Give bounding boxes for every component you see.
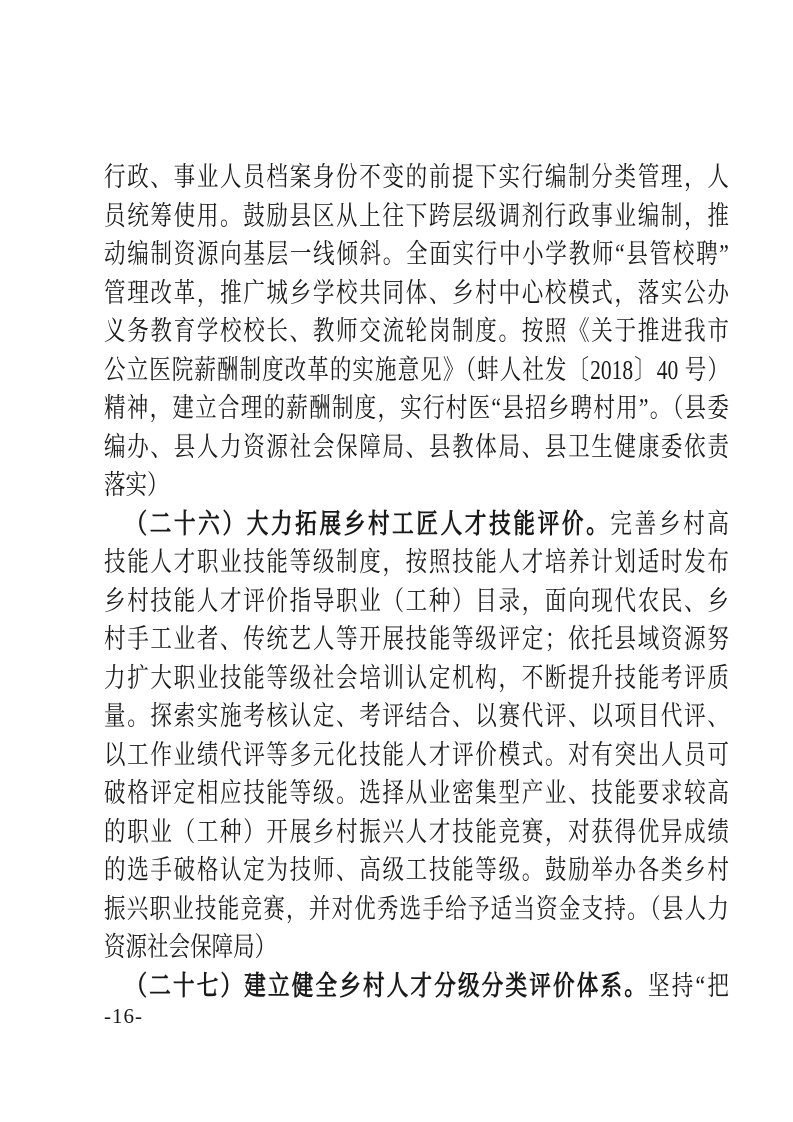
text-line: 的选手破格认定为技师、高级工技能等级。鼓励举办各类乡村 bbox=[104, 851, 729, 890]
text-line: （二十六）大力拓展乡村工匠人才技能评价。完善乡村高 bbox=[104, 505, 729, 544]
section-heading: （二十七）建立健全乡村人才分级分类评价体系。 bbox=[126, 971, 649, 1001]
document-page: 行政、事业人员档案身份不变的前提下实行编制分类管理，人员统筹使用。鼓励县区从上往… bbox=[0, 0, 793, 1122]
text-line: 义务教育学校校长、教师交流轮岗制度。按照《关于推进我市 bbox=[104, 312, 729, 351]
text-line: 动编制资源向基层一线倾斜。全面实行中小学教师“县管校聘” bbox=[104, 235, 729, 274]
text-line: 管理改革，推广城乡学校共同体、乡村中心校模式，落实公办 bbox=[104, 274, 729, 313]
text-line: 以工作业绩代评等多元化技能人才评价模式。对有突出人员可 bbox=[104, 736, 729, 775]
page-number: -16- bbox=[104, 1004, 143, 1028]
text-line: 技能人才职业技能等级制度，按照技能人才培养计划适时发布 bbox=[104, 543, 729, 582]
text-line: 乡村技能人才评价指导职业（工种）目录，面向现代农民、乡 bbox=[104, 582, 729, 621]
text-line: 的职业（工种）开展乡村振兴人才技能竞赛，对获得优异成绩 bbox=[104, 813, 729, 852]
text-line: 精神，建立合理的薪酬制度，实行村医“县招乡聘村用”。（县委 bbox=[104, 389, 729, 428]
text-line: 破格评定相应技能等级。选择从业密集型产业、技能要求较高 bbox=[104, 774, 729, 813]
text-line: 振兴职业技能竞赛，并对优秀选手给予适当资金支持。（县人力 bbox=[104, 890, 729, 929]
text-line: 编办、县人力资源社会保障局、县教体局、县卫生健康委依责 bbox=[104, 428, 729, 467]
text-line: （二十七）建立健全乡村人才分级分类评价体系。坚持“把 bbox=[104, 967, 729, 1006]
document-body: 行政、事业人员档案身份不变的前提下实行编制分类管理，人员统筹使用。鼓励县区从上往… bbox=[104, 158, 729, 1005]
text-line: 量。探索实施考核认定、考评结合、以赛代评、以项目代评、 bbox=[104, 697, 729, 736]
text-line: 行政、事业人员档案身份不变的前提下实行编制分类管理，人 bbox=[104, 158, 729, 197]
text-line: 落实） bbox=[104, 466, 729, 505]
text-line: 资源社会保障局） bbox=[104, 928, 729, 967]
text-line: 公立医院薪酬制度改革的实施意见》（蚌人社发〔2018〕40 号） bbox=[104, 351, 729, 390]
text-line: 员统筹使用。鼓励县区从上往下跨层级调剂行政事业编制，推 bbox=[104, 197, 729, 236]
text-line: 力扩大职业技能等级社会培训认定机构，不断提升技能考评质 bbox=[104, 659, 729, 698]
text-line: 村手工业者、传统艺人等开展技能等级评定；依托县域资源努 bbox=[104, 620, 729, 659]
section-heading: （二十六）大力拓展乡村工匠人才技能评价。 bbox=[126, 509, 611, 539]
